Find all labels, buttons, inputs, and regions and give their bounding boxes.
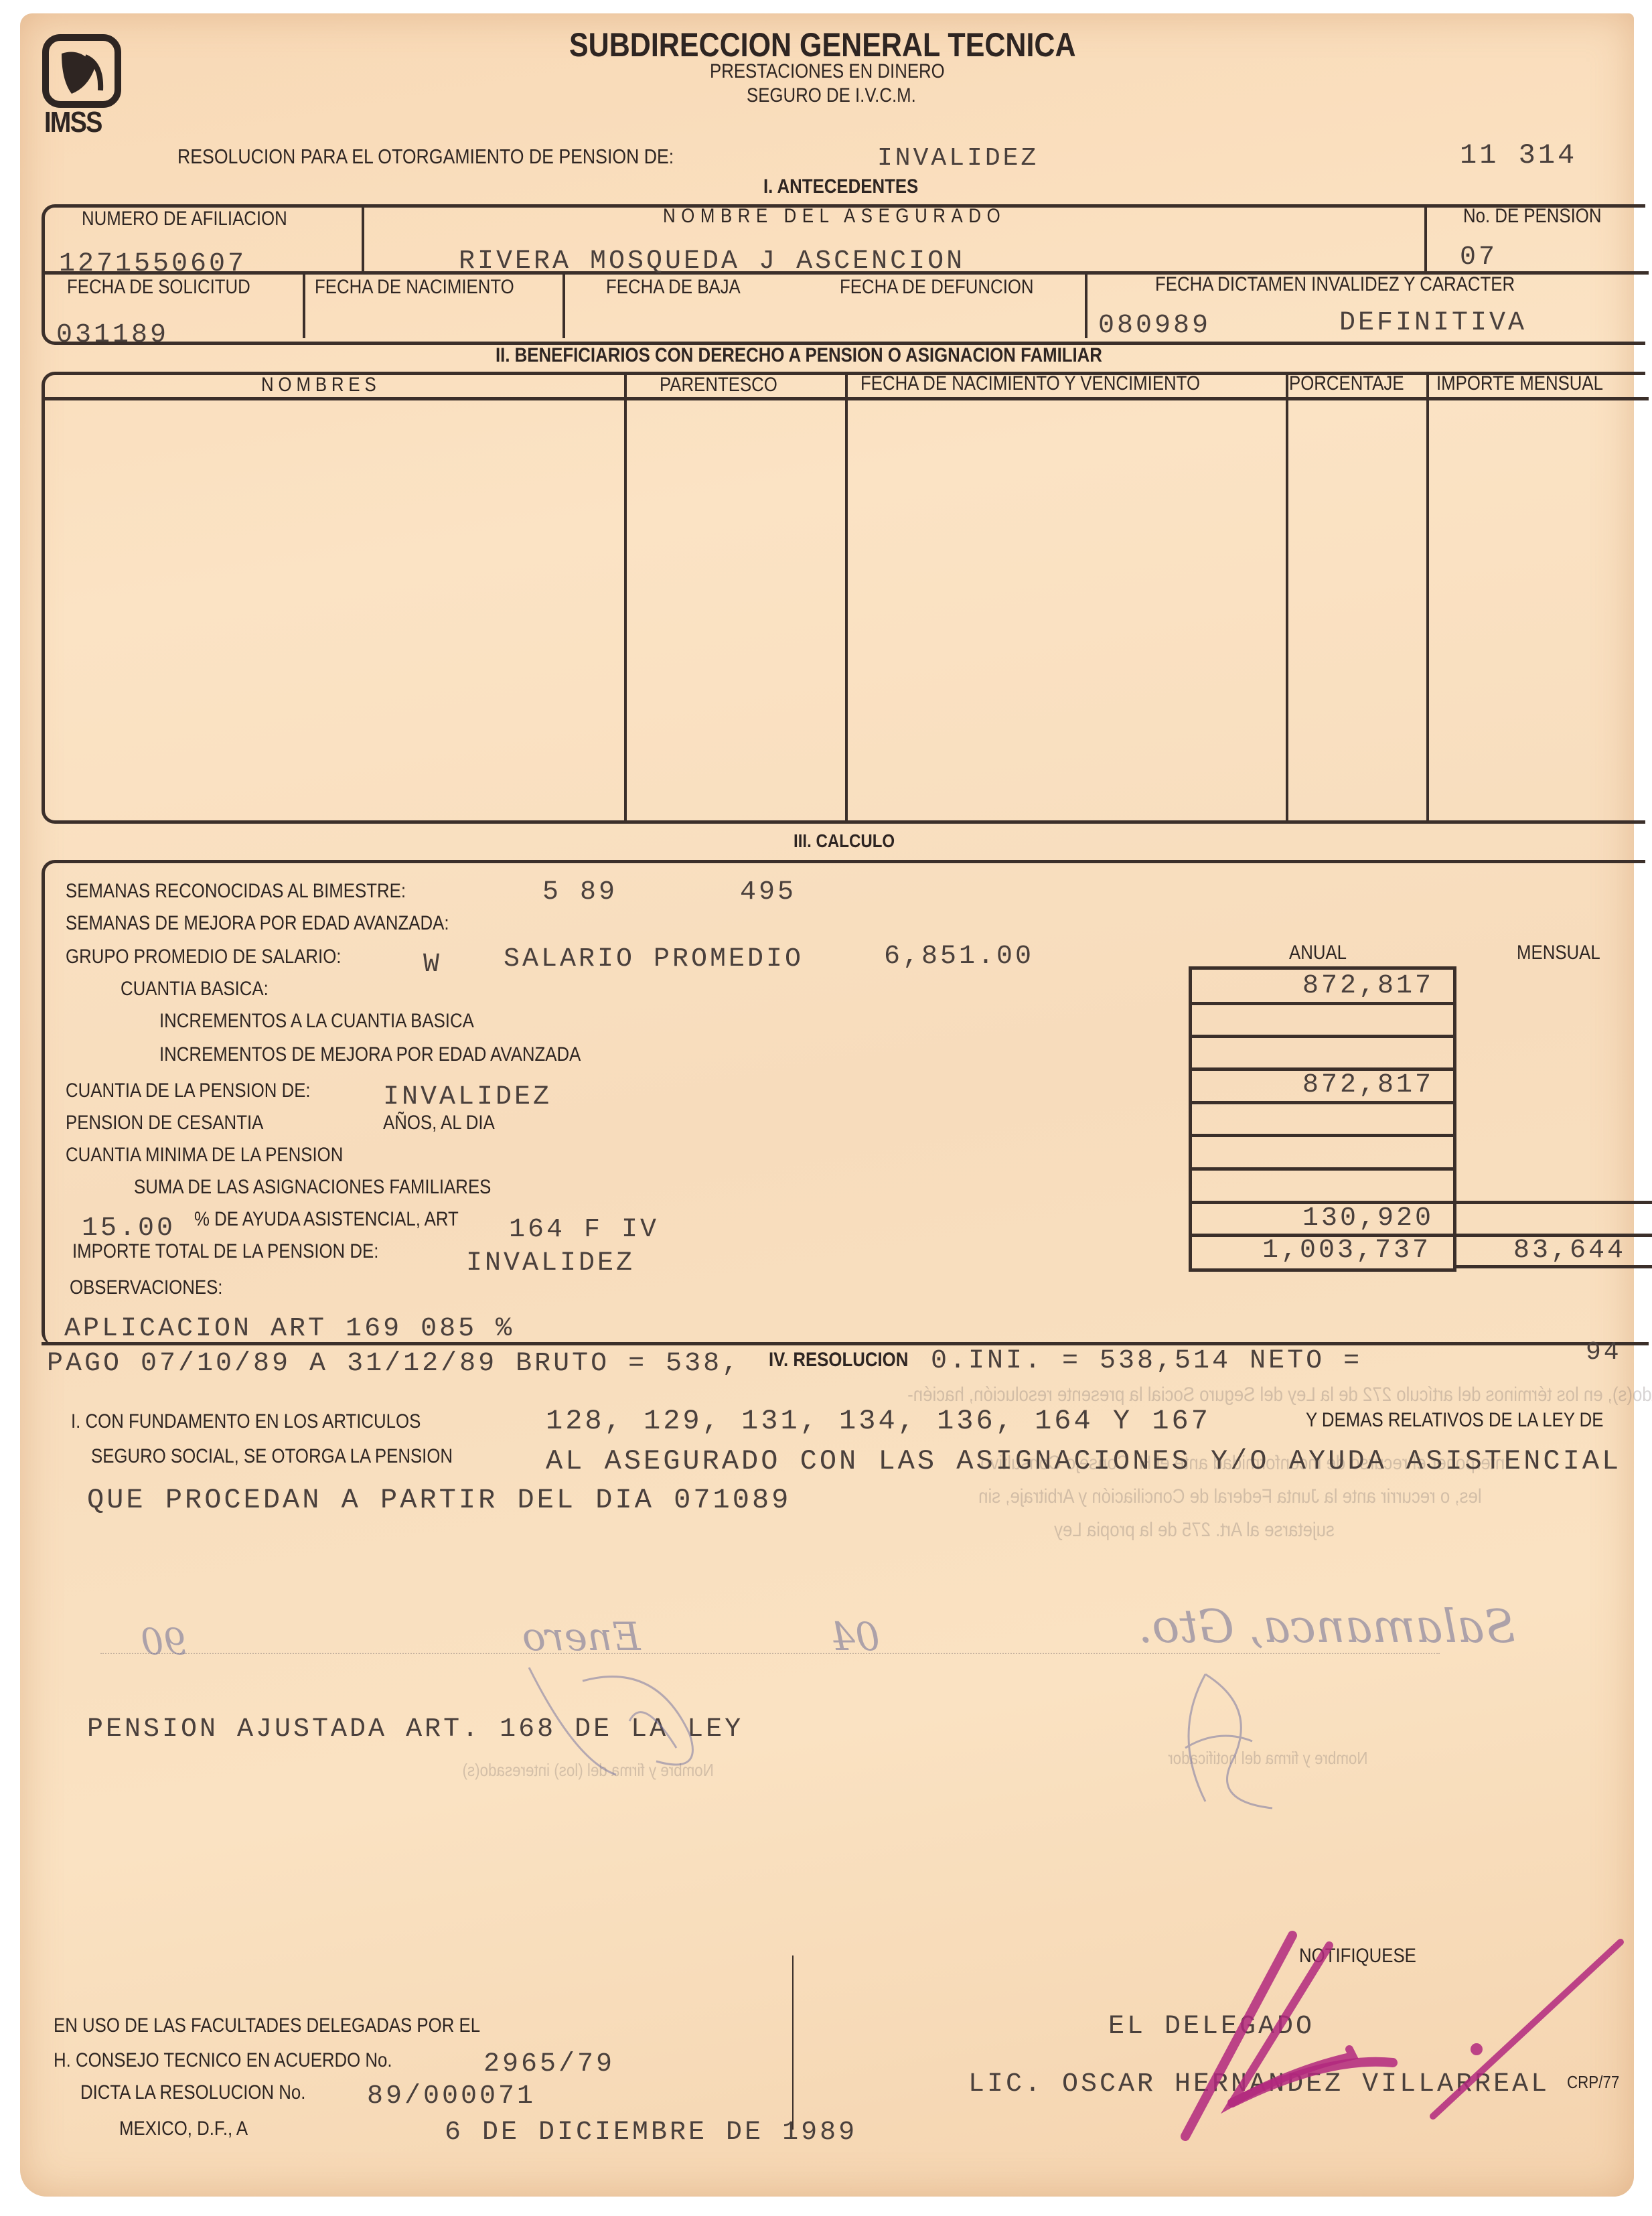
col-parentesco: PARENTESCO [660,374,777,396]
semanas-reconocidas-value: 495 [740,877,796,907]
divider [1085,271,1087,338]
no-pension-label: No. DE PENSION [1463,205,1601,228]
procedan-text: QUE PROCEDAN A PARTIR DEL DIA 071089 [87,1484,791,1516]
grupo-promedio-label: GRUPO PROMEDIO DE SALARIO: [66,946,341,968]
bleed-through-text: Se notifica al (los) interesado(s), en l… [907,1384,1652,1406]
importe-total-value: INVALIDEZ [466,1248,635,1278]
grupo-value: W [423,950,442,980]
lugar-label: MEXICO, D.F., A [119,2118,248,2140]
facultades-line1: EN USO DE LAS FACULTADES DELEGADAS POR E… [54,2014,480,2037]
divider [303,271,305,338]
fecha-dictamen-label: FECHA DICTAMEN INVALIDEZ Y CARACTER [1155,273,1515,296]
col-importe-mensual: IMPORTE MENSUAL [1436,372,1603,395]
notificador-signature-icon [1165,1668,1339,1815]
numero-afiliacion-value: 1271550607 [59,249,246,279]
caracter-value: DEFINITIVA [1339,308,1527,338]
divider [1189,1101,1453,1104]
cuantia-basica-anual: 872,817 [1302,971,1434,1001]
section-calculo-title: III. CALCULO [794,830,895,852]
form-number: 11 314 [1460,139,1577,171]
no-pension-value: 07 [1460,242,1497,273]
anos-al-dia-label: AÑOS, AL DIA [383,1112,495,1134]
bleed-through-text: sujetarse al Art. 275 de la propia Ley [1054,1519,1335,1542]
handwritten-day: 04 [830,1614,880,1659]
pago-line-rest: 0.INI. = 538,514 NETO = [931,1346,1362,1376]
importe-total-label: IMPORTE TOTAL DE LA PENSION DE: [72,1240,378,1263]
fecha-dictamen-value: 080989 [1098,311,1211,341]
semanas-bimestre-value: 5 89 [542,877,617,907]
demas-relativos-label: Y DEMAS RELATIVOS DE LA LEY DE [1306,1409,1604,1432]
nombre-value: RIVERA MOSQUEDA J ASCENCION [459,246,965,277]
salario-promedio-value: 6,851.00 [884,942,1034,972]
divider [624,372,627,820]
pago-line: PAGO 07/10/89 A 31/12/89 BRUTO = 538, [47,1349,741,1379]
semanas-mejora-label: SEMANAS DE MEJORA POR EDAD AVANZADA: [66,912,449,935]
imss-logo: IMSS [42,33,122,141]
beneficiarios-table [42,372,1645,824]
col-fecha-nacimiento: FECHA DE NACIMIENTO Y VENCIMIENTO [860,372,1200,395]
ayuda-art-value: 164 F IV [509,1215,659,1245]
numero-afiliacion-label: NUMERO DE AFILIACION [82,208,287,230]
cuantia-basica-label: CUANTIA BASICA: [121,978,269,1001]
cuantia-pension-anual: 872,817 [1302,1070,1434,1100]
logo-text: IMSS [44,106,102,139]
handwritten-year: 90 [141,1621,187,1663]
resolution-label: RESOLUCION PARA EL OTORGAMIENTO DE PENSI… [177,145,674,169]
fecha-solicitud-label: FECHA DE SOLICITUD [67,276,250,299]
fecha-solicitud-value: 031189 [56,320,169,350]
divider [1189,1002,1453,1005]
divider [1189,1134,1453,1137]
col-porcentaje: PORCENTAJE [1289,372,1404,395]
anual-label: ANUAL [1289,942,1347,964]
incrementos-cuantia-label: INCREMENTOS A LA CUANTIA BASICA [159,1010,474,1033]
articulos-value: 128, 129, 131, 134, 136, 164 Y 167 [546,1405,1211,1437]
pension-cesantia-label: PENSION DE CESANTIA [66,1112,263,1134]
fecha-defuncion-label: FECHA DE DEFUNCION [840,276,1034,299]
divider [1426,372,1429,820]
importe-total-anual: 1,003,737 [1262,1236,1431,1266]
ayuda-asistencial-anual: 130,920 [1302,1203,1434,1234]
salario-promedio-label: SALARIO PROMEDIO [504,944,804,974]
col-nombres: NOMBRES [261,374,381,396]
pension-type-value: INVALIDEZ [877,144,1039,173]
dicta-resolucion-label: DICTA LA RESOLUCION No. [80,2081,305,2104]
importe-total-mensual: 83,644 [1513,1236,1626,1266]
mensual-label: MENSUAL [1517,942,1600,964]
nombre-label: NOMBRE DEL ASEGURADO [663,205,1006,228]
divider [1286,372,1288,820]
fundamento-label: I. CON FUNDAMENTO EN LOS ARTICULOS [71,1410,421,1433]
otorga-text: AL ASEGURADO CON LAS ASIGNACIONES Y/O AY… [546,1445,1621,1477]
page-title: SUBDIRECCION GENERAL TECNICA [569,25,1076,64]
fecha-baja-label: FECHA DE BAJA [606,276,741,299]
divider [562,271,565,338]
subtitle-prestaciones: PRESTACIONES EN DINERO [710,60,945,83]
fecha-nacimiento-label: FECHA DE NACIMIENTO [315,276,514,299]
handwritten-month: Enero [522,1614,641,1659]
ayuda-asistencial-label: % DE AYUDA ASISTENCIAL, ART [194,1208,459,1231]
ayuda-pct-value: 15.00 [82,1213,175,1244]
resolucion-section-title: IV. RESOLUCION [769,1349,908,1372]
facultades-line2: H. CONSEJO TECNICO EN ACUERDO No. [54,2049,392,2072]
subtitle-seguro: SEGURO DE I.V.C.M. [747,84,916,107]
semanas-reconocidas-label: SEMANAS RECONOCIDAS AL BIMESTRE: [66,880,406,903]
cuantia-pension-label: CUANTIA DE LA PENSION DE: [66,1080,311,1102]
divider [1189,1167,1453,1171]
incrementos-mejora-label: INCREMENTOS DE MEJORA POR EDAD AVANZADA [159,1043,581,1066]
neto-value: 94 [1586,1338,1622,1367]
section-beneficiarios-title: II. BENEFICIARIOS CON DERECHO A PENSION … [496,344,1102,367]
cuantia-pension-value: INVALIDEZ [383,1082,552,1112]
resolucion-no-value: 89/000071 [367,2081,536,2112]
delegado-signature-icon [1071,1915,1641,2156]
acuerdo-no-value: 2965/79 [483,2049,615,2079]
suma-asignaciones-label: SUMA DE LAS ASIGNACIONES FAMILIARES [134,1176,491,1199]
fecha-resolucion-value: 6 DE DICIEMBRE DE 1989 [445,2118,857,2148]
section-antecedentes-title: I. ANTECEDENTES [763,175,918,198]
handwritten-city: Salamanca, Gto. [1138,1601,1515,1653]
interesado-signature-icon [522,1654,763,1788]
divider [845,372,848,820]
observaciones-value: APLICACION ART 169 085 % [64,1314,514,1344]
divider [792,1955,794,2130]
divider [362,204,364,271]
bleed-through-text: les, o recurrir ante la Junta Federal de… [978,1485,1481,1508]
cuantia-minima-label: CUANTIA MINIMA DE LA PENSION [66,1144,343,1167]
divider [1424,204,1427,271]
observaciones-label: OBSERVACIONES: [70,1276,222,1299]
divider [1189,1035,1453,1038]
seguro-social-label: SEGURO SOCIAL, SE OTORGA LA PENSION [91,1445,453,1468]
